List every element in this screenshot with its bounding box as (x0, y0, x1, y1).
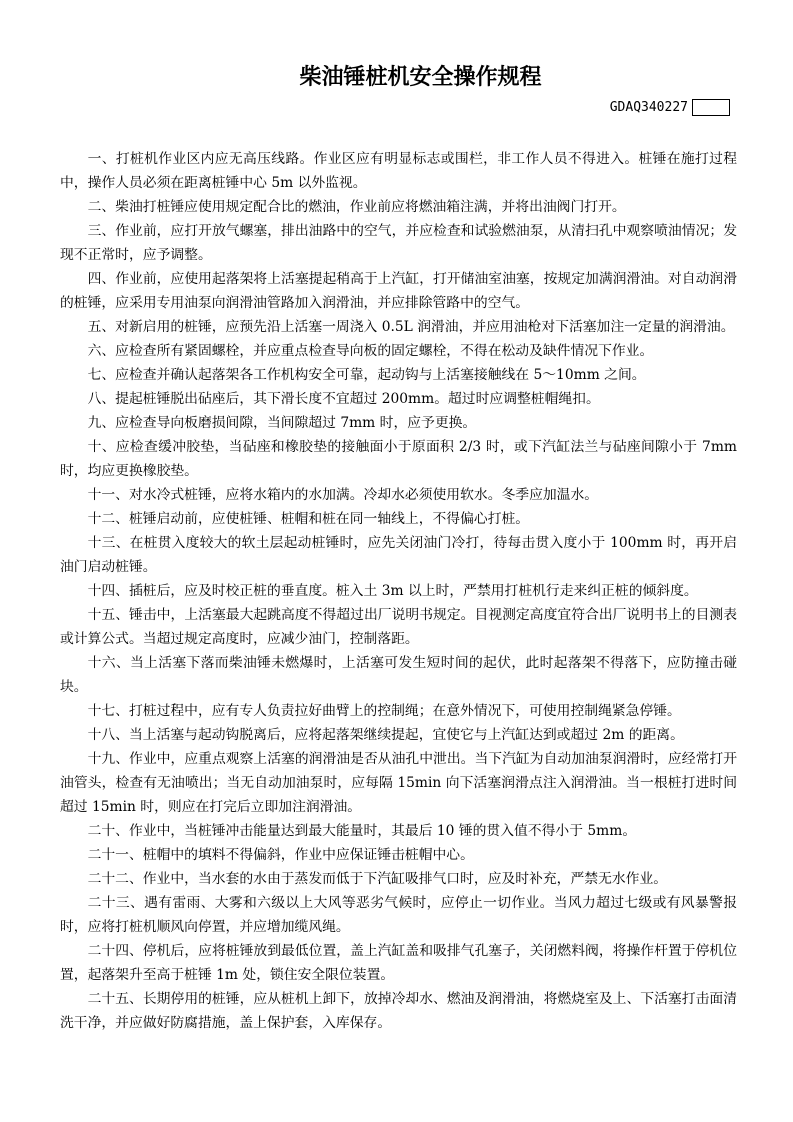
procedure-item: 六、应检查所有紧固螺栓，并应重点检查导向板的固定螺栓，不得在松动及缺件情况下作业… (60, 339, 737, 363)
procedure-item: 四、作业前，应使用起落架将上活塞提起稍高于上汽缸，打开储油室油塞，按规定加满润滑… (60, 267, 737, 315)
procedure-item: 九、应检查导向板磨损间隙，当间隙超过 7mm 时，应予更换。 (60, 411, 737, 435)
procedure-item: 二十五、长期停用的桩锤，应从桩机上卸下，放掉冷却水、燃油及润滑油，将燃烧室及上、… (60, 987, 737, 1035)
procedure-item: 一、打桩机作业区内应无高压线路。作业区应有明显标志或围栏，非工作人员不得进入。桩… (60, 147, 737, 195)
document-page: 柴油锤桩机安全操作规程 GDAQ340227 一、打桩机作业区内应无高压线路。作… (0, 0, 793, 1122)
procedure-item: 十二、桩锤启动前，应使桩锤、桩帽和桩在同一轴线上，不得偏心打桩。 (60, 507, 737, 531)
procedure-item: 二十二、作业中，当水套的水由于蒸发而低于下汽缸吸排气口时，应及时补充，严禁无水作… (60, 867, 737, 891)
procedure-item: 二十、作业中，当桩锤冲击能量达到最大能量时，其最后 10 锤的贯入值不得小于 5… (60, 819, 737, 843)
procedure-item: 二、柴油打桩锤应使用规定配合比的燃油，作业前应将燃油箱注满，并将出油阀门打开。 (60, 195, 737, 219)
procedure-item: 八、提起桩锤脱出砧座后，其下滑长度不宜超过 200mm。超过时应调整桩帽绳扣。 (60, 387, 737, 411)
procedure-item: 七、应检查并确认起落架各工作机构安全可靠，起动钩与上活塞接触线在 5～10mm … (60, 363, 737, 387)
procedure-item: 十六、当上活塞下落而柴油锤未燃爆时，上活塞可发生短时间的起伏，此时起落架不得落下… (60, 651, 737, 699)
procedure-item: 十七、打桩过程中，应有专人负责拉好曲臂上的控制绳；在意外情况下，可使用控制绳紧急… (60, 699, 737, 723)
doc-code-line: GDAQ340227 (0, 97, 730, 117)
procedure-item: 十四、插桩后，应及时校正桩的垂直度。桩入土 3m 以上时，严禁用打桩机行走来纠正… (60, 579, 737, 603)
procedure-item: 十、应检查缓冲胶垫，当砧座和橡胶垫的接触面小于原面积 2/3 时，或下汽缸法兰与… (60, 435, 737, 483)
procedure-item: 三、作业前，应打开放气螺塞，排出油路中的空气，并应检查和试验燃油泵，从清扫孔中观… (60, 219, 737, 267)
procedure-item: 十三、在桩贯入度较大的软土层起动桩锤时，应先关闭油门冷打，待每击贯入度小于 10… (60, 531, 737, 579)
procedure-item: 二十四、停机后，应将桩锤放到最低位置，盖上汽缸盖和吸排气孔塞子，关闭燃料阀，将操… (60, 939, 737, 987)
procedure-item: 十一、对水冷式桩锤，应将水箱内的水加满。冷却水必须使用软水。冬季应加温水。 (60, 483, 737, 507)
document-body: 一、打桩机作业区内应无高压线路。作业区应有明显标志或围栏，非工作人员不得进入。桩… (60, 147, 737, 1035)
page-title: 柴油锤桩机安全操作规程 (60, 0, 737, 93)
procedure-item: 十五、锤击中，上活塞最大起跳高度不得超过出厂说明书规定。目视测定高度宜符合出厂说… (60, 603, 737, 651)
procedure-item: 二十一、桩帽中的填料不得偏斜，作业中应保证锤击桩帽中心。 (60, 843, 737, 867)
procedure-item: 五、对新启用的桩锤，应预先沿上活塞一周浇入 0.5L 润滑油，并应用油枪对下活塞… (60, 315, 737, 339)
procedure-item: 十八、当上活塞与起动钩脱离后，应将起落架继续提起，宜使它与上汽缸达到或超过 2m… (60, 723, 737, 747)
procedure-item: 十九、作业中，应重点观察上活塞的润滑油是否从油孔中泄出。当下汽缸为自动加油泵润滑… (60, 747, 737, 819)
procedure-item: 二十三、遇有雷雨、大雾和六级以上大风等恶劣气候时，应停止一切作业。当风力超过七级… (60, 891, 737, 939)
doc-code-box (692, 99, 730, 116)
doc-code: GDAQ340227 (610, 99, 688, 116)
